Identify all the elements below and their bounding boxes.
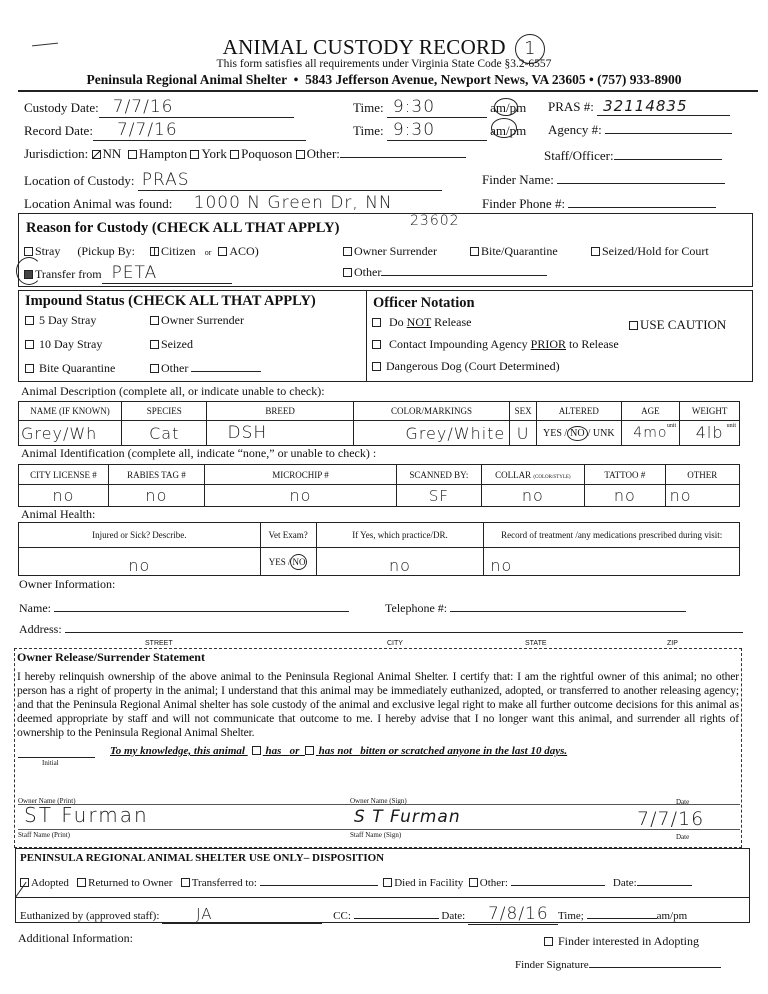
checkbox-icon bbox=[25, 364, 34, 373]
euthanized-by-field[interactable]: JA bbox=[162, 905, 322, 924]
owner-phone-field[interactable] bbox=[450, 600, 686, 612]
owner-date-label: Date bbox=[676, 798, 689, 806]
staff-print-label: Staff Name (Print) bbox=[18, 831, 70, 839]
checkbox-icon bbox=[591, 247, 600, 256]
jurisdiction-poquoson[interactable]: Poquoson bbox=[230, 146, 292, 161]
checkbox-icon bbox=[128, 150, 137, 159]
owner-phone-row: Telephone #: bbox=[385, 600, 686, 616]
header-age: AGE bbox=[621, 402, 680, 421]
staff-print-line bbox=[18, 829, 740, 830]
checkbox-icon bbox=[181, 878, 190, 887]
disposition-row: Adopted Returned to Owner Transferred to… bbox=[20, 876, 692, 889]
impound-other[interactable]: Other bbox=[150, 361, 261, 376]
finder-phone-row: Finder Phone #: bbox=[482, 196, 716, 212]
header-species: SPECIES bbox=[122, 402, 207, 421]
rabies-tag-field[interactable]: no bbox=[108, 485, 204, 507]
pras-row: PRAS #: 32114835 bbox=[548, 97, 730, 116]
owner-name-field[interactable] bbox=[54, 600, 349, 612]
disp-died[interactable]: Died in Facility bbox=[383, 877, 463, 889]
reason-other[interactable]: Other bbox=[343, 265, 547, 280]
transfer-circle-mark bbox=[16, 257, 42, 285]
vet-exam-field[interactable]: YES /NO bbox=[260, 548, 316, 576]
owner-address-row: Address: bbox=[19, 621, 743, 637]
checkbox-icon bbox=[25, 340, 34, 349]
officer-use-caution[interactable]: USE CAUTION bbox=[629, 317, 726, 333]
color-field[interactable]: Grey/White bbox=[353, 421, 510, 446]
owner-address-field[interactable] bbox=[65, 621, 743, 633]
tattoo-field[interactable]: no bbox=[585, 485, 666, 507]
checkbox-icon bbox=[218, 247, 227, 256]
custody-date-field[interactable]: 7/7/16 bbox=[99, 97, 294, 118]
location-found-row: Location Animal was found: 1000 N Green … bbox=[24, 193, 443, 214]
additional-info-label: Additional Information: bbox=[18, 931, 133, 946]
agency-field[interactable] bbox=[605, 120, 732, 134]
header-other: OTHER bbox=[665, 465, 739, 485]
impound-owner-surrender[interactable]: Owner Surrender bbox=[150, 313, 244, 328]
reason-other-field[interactable] bbox=[381, 265, 547, 276]
header-city-license: CITY LICENSE # bbox=[19, 465, 109, 485]
euth-time-field[interactable] bbox=[587, 909, 657, 919]
staff-officer-row: Staff/Officer: bbox=[544, 148, 722, 164]
header-color: COLOR/MARKINGS bbox=[353, 402, 510, 421]
impound-seized[interactable]: Seized bbox=[150, 337, 193, 352]
checkbox-icon bbox=[372, 318, 381, 327]
organization-line: Peninsula Regional Animal Shelter • 5843… bbox=[0, 72, 768, 88]
reason-aco[interactable]: ACO) bbox=[218, 244, 258, 258]
officer-dangerous-dog[interactable]: Dangerous Dog (Court Determined) bbox=[372, 359, 560, 374]
checkbox-icon bbox=[150, 340, 159, 349]
checkbox-icon bbox=[383, 878, 392, 887]
header-tattoo: TATTOO # bbox=[585, 465, 666, 485]
header-name: NAME (IF KNOWN) bbox=[19, 402, 122, 421]
am-circle-1 bbox=[494, 98, 518, 116]
jurisdiction-nn[interactable]: NN bbox=[92, 146, 122, 161]
collar-field[interactable]: no bbox=[481, 485, 584, 507]
finder-phone-field[interactable] bbox=[568, 196, 716, 208]
checkbox-icon bbox=[372, 362, 381, 371]
header-rabies-tag: RABIES TAG # bbox=[108, 465, 204, 485]
transfer-from-field[interactable]: PETA bbox=[102, 263, 232, 284]
reason-citizen[interactable]: Citizen bbox=[150, 244, 196, 258]
transferred-to-field[interactable] bbox=[260, 876, 378, 886]
location-found-field[interactable]: 1000 N Green Dr, NN bbox=[176, 193, 443, 214]
checkbox-icon bbox=[372, 340, 381, 349]
description-label: Animal Description (complete all, or ind… bbox=[21, 384, 325, 399]
header-collar: COLLAR (COLOR/STYLE) bbox=[481, 465, 584, 485]
checkbox-icon bbox=[343, 247, 352, 256]
subtitle: This form satisfies all requirements und… bbox=[0, 58, 768, 70]
bite-statement: To my knowledge, this animal has or has … bbox=[110, 745, 567, 757]
disp-transferred[interactable]: Transferred to: bbox=[181, 877, 257, 889]
record-date-field[interactable]: 7/7/16 bbox=[93, 120, 306, 141]
officer-do-not-release[interactable]: Do NOT Release bbox=[372, 315, 471, 330]
jurisdiction-york[interactable]: York bbox=[190, 146, 226, 161]
identification-label: Animal Identification (complete all, ind… bbox=[21, 446, 376, 461]
checkbox-icon bbox=[230, 150, 239, 159]
header-weight: WEIGHT bbox=[680, 402, 740, 421]
am-circle-2 bbox=[491, 118, 517, 138]
header-practice: If Yes, which practice/DR. bbox=[316, 523, 484, 548]
microchip-field[interactable]: no bbox=[204, 485, 396, 507]
other-id-field[interactable]: no bbox=[665, 485, 739, 507]
checkbox-icon bbox=[296, 150, 305, 159]
custody-time-field[interactable]: 9:30 bbox=[387, 97, 487, 118]
staff-date-label: Date bbox=[676, 833, 689, 841]
header-breed: BREED bbox=[207, 402, 353, 421]
staff-sign-label: Staff Name (Sign) bbox=[350, 831, 401, 839]
owner-name-row: Name: bbox=[19, 600, 349, 616]
animal-identification-table: CITY LICENSE # RABIES TAG # MICROCHIP # … bbox=[18, 464, 740, 507]
reason-seized-hold[interactable]: Seized/Hold for Court bbox=[591, 244, 709, 259]
impound-bite-quarantine[interactable]: Bite Quarantine bbox=[25, 361, 115, 376]
disp-returned[interactable]: Returned to Owner bbox=[77, 877, 172, 889]
initial-label: Initial bbox=[42, 759, 59, 767]
header-sex: SEX bbox=[510, 402, 537, 421]
owner-sign-value[interactable]: S T Furman bbox=[354, 807, 461, 827]
reason-bite-quarantine[interactable]: Bite/Quarantine bbox=[470, 244, 558, 259]
jurisdiction-row: Jurisdiction: NN Hampton York Poquoson O… bbox=[24, 146, 466, 162]
has-not-checkbox[interactable] bbox=[305, 746, 314, 755]
header-rule bbox=[18, 90, 758, 92]
pras-field[interactable]: 32114835 bbox=[597, 97, 730, 116]
disp-other[interactable]: Other: bbox=[469, 877, 508, 889]
disp-other-field[interactable] bbox=[511, 876, 605, 886]
finder-signature-row: Finder Signature bbox=[515, 958, 721, 971]
jurisdiction-other[interactable]: Other: bbox=[296, 146, 340, 161]
jurisdiction-hampton[interactable]: Hampton bbox=[128, 146, 187, 161]
weight-field[interactable]: 4lbunit bbox=[680, 421, 740, 446]
species-field[interactable]: Cat bbox=[122, 421, 207, 446]
health-label: Animal Health: bbox=[21, 507, 95, 522]
owner-date-value[interactable]: 7/7/16 bbox=[637, 808, 704, 830]
altered-field[interactable]: YES /NO/ UNK bbox=[537, 421, 621, 446]
checkbox-checked-icon bbox=[92, 150, 101, 159]
header-altered: ALTERED bbox=[537, 402, 621, 421]
checkbox-icon bbox=[343, 268, 352, 277]
staff-officer-field[interactable] bbox=[614, 148, 722, 160]
header-scanned-by: SCANNED BY: bbox=[397, 465, 482, 485]
initial-line[interactable] bbox=[18, 757, 95, 758]
euth-date-field[interactable]: 7/8/16 bbox=[468, 904, 558, 925]
location-custody-field[interactable]: PRAS bbox=[138, 170, 442, 191]
cc-field[interactable] bbox=[354, 909, 439, 919]
officer-heading: Officer Notation bbox=[373, 295, 475, 312]
disp-date-field[interactable] bbox=[637, 876, 692, 886]
header-vet-exam: Vet Exam? bbox=[260, 523, 316, 548]
custody-date-row: Custody Date:7/7/16 bbox=[24, 97, 294, 118]
checkbox-icon bbox=[470, 247, 479, 256]
name-field[interactable]: Grey/Wh bbox=[19, 421, 122, 446]
animal-description-table: NAME (IF KNOWN) SPECIES BREED COLOR/MARK… bbox=[18, 401, 740, 446]
finder-signature-field[interactable] bbox=[589, 958, 721, 968]
disp-adopted[interactable]: Adopted bbox=[20, 877, 69, 889]
agency-row: Agency #: bbox=[548, 120, 732, 138]
finder-adopting[interactable]: Finder interested in Adopting bbox=[544, 934, 699, 949]
practice-field[interactable]: no bbox=[316, 548, 484, 576]
sex-field[interactable]: U bbox=[510, 421, 537, 446]
checkbox-icon bbox=[629, 321, 638, 330]
euthanized-row: Euthanized by (approved staff): JA CC: D… bbox=[20, 904, 687, 925]
record-time-field[interactable]: 9:30 bbox=[387, 120, 487, 141]
scanned-by-field[interactable]: SF bbox=[397, 485, 482, 507]
checkbox-icon bbox=[25, 316, 34, 325]
disposition-heading: PENINSULA REGIONAL ANIMAL SHELTER USE ON… bbox=[20, 852, 384, 864]
release-heading: Owner Release/Surrender Statement bbox=[17, 650, 205, 665]
reason-transfer-row[interactable]: Transfer fromPETA bbox=[24, 263, 232, 284]
finder-name-field[interactable] bbox=[557, 172, 725, 184]
owner-sign-label: Owner Name (Sign) bbox=[350, 797, 407, 805]
checkbox-icon bbox=[77, 878, 86, 887]
checkbox-icon bbox=[190, 150, 199, 159]
breed-field[interactable]: DSH bbox=[207, 421, 353, 446]
checkbox-icon bbox=[544, 937, 553, 946]
zip-annotation: 23602 bbox=[410, 213, 460, 229]
treatment-field[interactable]: no bbox=[484, 548, 740, 576]
injured-field[interactable]: no bbox=[19, 548, 261, 576]
impound-5day[interactable]: 5 Day Stray bbox=[25, 313, 96, 328]
city-license-field[interactable]: no bbox=[19, 485, 109, 507]
checkbox-icon bbox=[150, 316, 159, 325]
owner-print-value[interactable]: ST Furman bbox=[24, 803, 149, 827]
header-microchip: MICROCHIP # bbox=[204, 465, 396, 485]
location-custody-row: Location of Custody: PRAS bbox=[24, 170, 442, 191]
officer-contact-agency[interactable]: Contact Impounding Agency PRIOR to Relea… bbox=[372, 337, 619, 352]
record-date-row: Record Date:7/7/16 bbox=[24, 120, 306, 141]
checkbox-checked-icon bbox=[150, 247, 159, 256]
altered-no-circled: NO bbox=[567, 426, 587, 441]
checkbox-icon bbox=[150, 364, 159, 373]
jurisdiction-other-field[interactable] bbox=[340, 146, 466, 158]
checkbox-icon bbox=[24, 247, 33, 256]
impound-other-field[interactable] bbox=[191, 361, 261, 372]
has-checkbox[interactable] bbox=[252, 746, 261, 755]
owner-info-label: Owner Information: bbox=[19, 577, 115, 592]
checkbox-icon bbox=[469, 878, 478, 887]
reason-heading: Reason for Custody (CHECK ALL THAT APPLY… bbox=[26, 220, 339, 237]
header-injured: Injured or Sick? Describe. bbox=[19, 523, 261, 548]
reason-owner-surrender[interactable]: Owner Surrender bbox=[343, 244, 437, 259]
animal-health-table: Injured or Sick? Describe. Vet Exam? If … bbox=[18, 522, 740, 576]
reason-stray[interactable]: Stray bbox=[24, 244, 60, 258]
age-field[interactable]: 4mounit bbox=[621, 421, 680, 446]
release-body: I hereby relinquish ownership of the abo… bbox=[17, 670, 739, 740]
header-treatment: Record of treatment /any medications pre… bbox=[484, 523, 740, 548]
reason-row-1: Stray (Pickup By: Citizen or ACO) bbox=[24, 244, 259, 259]
impound-heading: Impound Status (CHECK ALL THAT APPLY) bbox=[25, 293, 316, 310]
finder-name-row: Finder Name: bbox=[482, 172, 725, 188]
impound-10day[interactable]: 10 Day Stray bbox=[25, 337, 102, 352]
vet-no-circled: NO bbox=[290, 554, 307, 570]
